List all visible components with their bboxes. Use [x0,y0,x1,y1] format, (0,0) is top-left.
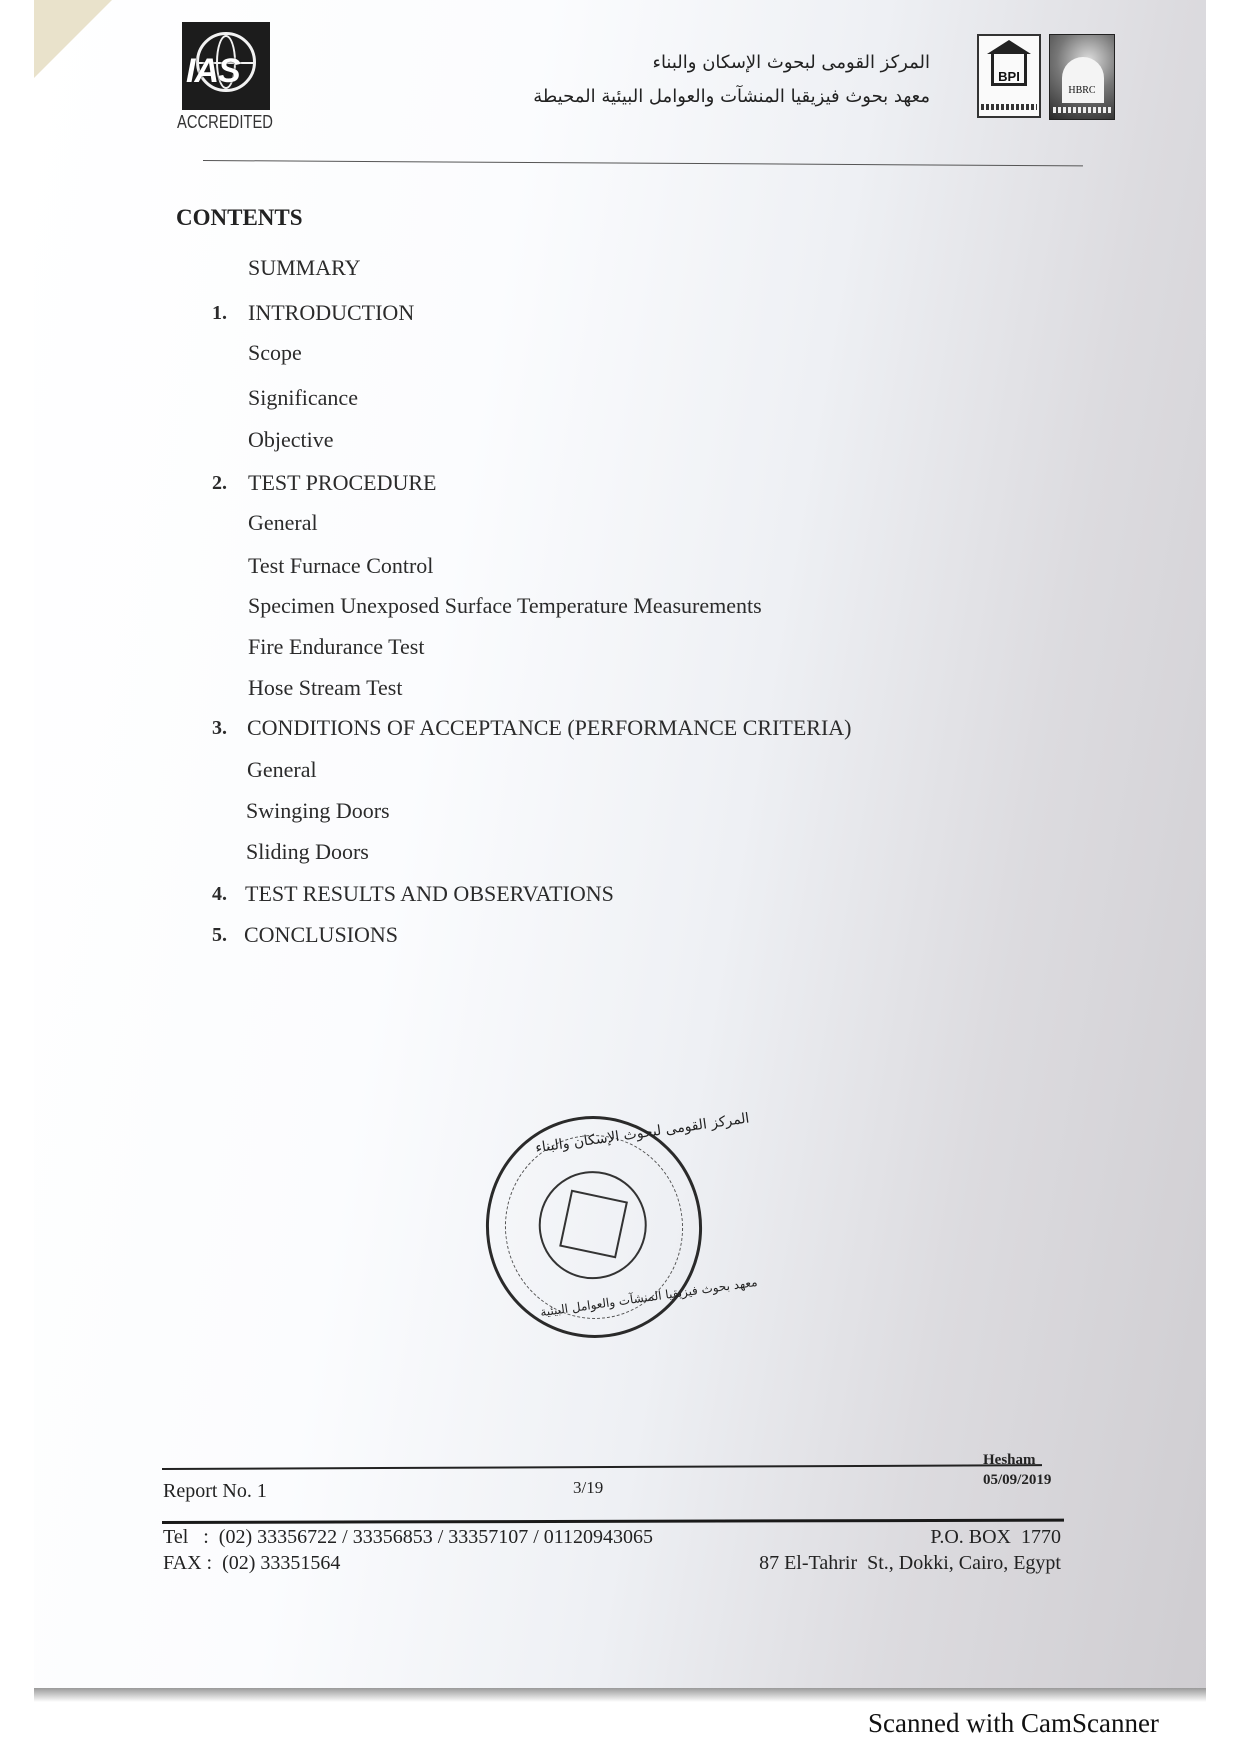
toc-entry-number: 1. [212,302,227,325]
arch-icon [1062,57,1104,103]
ias-logo-text: IAS [186,52,240,91]
toc-entry-number: 4. [212,883,227,906]
toc-entry-number: 3. [212,717,227,740]
toc-entry-number: 2. [212,472,227,495]
toc-entry-label: Specimen Unexposed Surface Temperature M… [248,593,762,619]
toc-entry-number: 5. [212,924,227,947]
po-box: P.O. BOX 1770 [741,1526,1061,1549]
toc-entry-label: SUMMARY [248,255,360,281]
toc-entry-label: TEST PROCEDURE [248,470,436,496]
toc-entry-label: Swinging Doors [246,798,390,824]
signature-date: 05/09/2019 [983,1472,1051,1489]
bpi-logo-label: BPI [979,69,1039,84]
camscanner-watermark: Scanned with CamScanner [868,1708,1159,1739]
hbrc-logo-label: HBRC [1050,85,1114,96]
street-address: 87 El-Tahrir St., Dokki, Cairo, Egypt [700,1552,1061,1575]
toc-entry-label: Scope [248,340,302,366]
toc-entry-label: TEST RESULTS AND OBSERVATIONS [245,881,614,907]
toc-entry-label: Hose Stream Test [248,675,402,701]
toc-entry-label: Test Furnace Control [248,553,433,579]
arabic-org-name: المركز القومى لبحوث الإسكان والبناء [640,52,930,73]
toc-entry-label: INTRODUCTION [248,300,414,326]
toc-entry-label: Fire Endurance Test [248,634,424,660]
ias-accredited-caption: ACCREDITED [177,112,273,133]
page-bottom-shadow [34,1688,1206,1702]
toc-entry-label: Objective [248,427,334,453]
toc-entry-label: Sliding Doors [246,839,369,865]
bpi-logo: BPI [977,34,1041,118]
ias-logo: IAS [182,22,270,110]
bpi-arabic-caption [981,104,1037,110]
hbrc-arabic-caption [1053,107,1111,113]
arabic-institute-name: معهد بحوث فيزيقيا المنشآت والعوامل البيئ… [510,86,930,107]
toc-entry-label: CONDITIONS OF ACCEPTANCE (PERFORMANCE CR… [247,715,852,741]
toc-entry-label: General [248,510,318,536]
scanned-page [34,0,1206,1688]
stamp-emblem-icon [559,1190,628,1259]
folded-corner [34,0,112,78]
report-number: Report No. 1 [163,1480,267,1503]
hbrc-logo: HBRC [1049,34,1115,120]
page-number: 3/19 [573,1478,603,1498]
toc-entry-label: CONCLUSIONS [244,922,398,948]
fax-number: FAX : (02) 33351564 [163,1552,340,1575]
telephone-numbers: Tel : (02) 33356722 / 33356853 / 3335710… [163,1526,653,1549]
signer-name: Hesham [983,1452,1036,1469]
page-margin-right [1206,0,1240,1700]
toc-entry-label: Significance [248,385,358,411]
contents-heading: CONTENTS [176,205,303,231]
toc-entry-label: General [247,757,317,783]
